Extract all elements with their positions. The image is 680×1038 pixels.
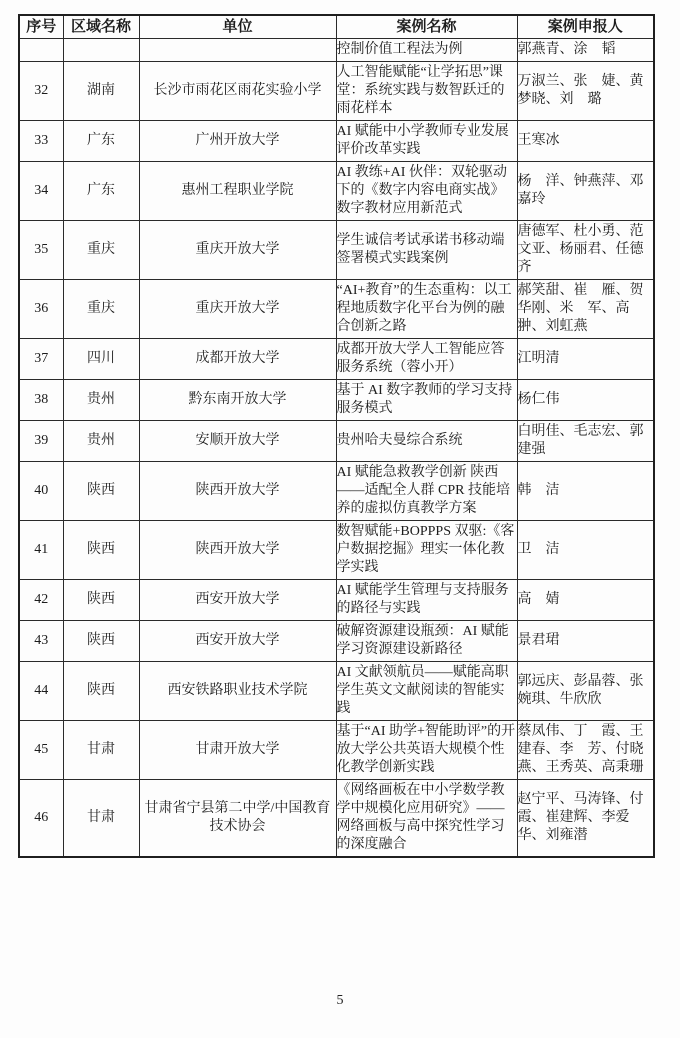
cell-region-name: 广东: [63, 121, 139, 162]
header-unit: 单位: [139, 15, 336, 39]
cell-case-name: 人工智能赋能“让学拓思”课堂：系统实践与数智跃迁的雨花样本: [336, 62, 517, 121]
cell-region-name: 陕西: [63, 462, 139, 521]
cell-case-applicants: 江明清: [517, 339, 654, 380]
cases-table: 序号 区域名称 单位 案例名称 案例申报人 控制价值工程法为例 郭燕青、涂 韬 …: [18, 14, 655, 858]
cell-region-name: 四川: [63, 339, 139, 380]
table-row: 46 甘肃 甘肃省宁县第二中学/中国教育技术协会 《网络画板在中小学数学教学中规…: [19, 780, 654, 858]
cell-case-applicants: 郭燕青、涂 韬: [517, 39, 654, 62]
cell-unit: 陕西开放大学: [139, 521, 336, 580]
table-row: 40 陕西 陕西开放大学 AI 赋能急救教学创新 陕西——适配全人群 CPR 技…: [19, 462, 654, 521]
cell-case-applicants: 杨 洋、钟燕萍、邓嘉玲: [517, 162, 654, 221]
cell-unit: 甘肃开放大学: [139, 721, 336, 780]
header-case-name: 案例名称: [336, 15, 517, 39]
cell-region-name: 甘肃: [63, 721, 139, 780]
cell-case-name: 成都开放大学人工智能应答服务系统（蓉小开）: [336, 339, 517, 380]
cell-unit: 陕西开放大学: [139, 462, 336, 521]
page-number: 5: [0, 993, 680, 1009]
cell-case-name: 基于 AI 数字教师的学习支持服务模式: [336, 380, 517, 421]
table-row: 控制价值工程法为例 郭燕青、涂 韬: [19, 39, 654, 62]
cell-serial-number: 33: [19, 121, 63, 162]
cell-region-name: 重庆: [63, 221, 139, 280]
cell-case-applicants: 白明佳、毛志宏、郭建强: [517, 421, 654, 462]
cell-unit: 惠州工程职业学院: [139, 162, 336, 221]
cell-region-name: 贵州: [63, 380, 139, 421]
cell-serial-number: 41: [19, 521, 63, 580]
cell-case-applicants: 万淑兰、张 婕、黄梦晓、刘 璐: [517, 62, 654, 121]
cell-serial-number: 38: [19, 380, 63, 421]
cell-unit: 广州开放大学: [139, 121, 336, 162]
cell-unit: 成都开放大学: [139, 339, 336, 380]
header-case-applicants: 案例申报人: [517, 15, 654, 39]
table-row: 38 贵州 黔东南开放大学 基于 AI 数字教师的学习支持服务模式 杨仁伟: [19, 380, 654, 421]
cell-unit: 安顺开放大学: [139, 421, 336, 462]
header-region-name: 区域名称: [63, 15, 139, 39]
cell-region-name: 陕西: [63, 621, 139, 662]
table-container: 序号 区域名称 单位 案例名称 案例申报人 控制价值工程法为例 郭燕青、涂 韬 …: [18, 14, 655, 858]
cell-region-name: 陕西: [63, 521, 139, 580]
table-row: 33 广东 广州开放大学 AI 赋能中小学教师专业发展评价改革实践 王寒冰: [19, 121, 654, 162]
cell-case-applicants: 蔡凤伟、丁 霞、王建春、李 芳、付晓燕、王秀英、高秉珊: [517, 721, 654, 780]
cell-case-applicants: 卫 洁: [517, 521, 654, 580]
cell-region-name: 广东: [63, 162, 139, 221]
cell-case-name: 学生诚信考试承诺书移动端签署模式实践案例: [336, 221, 517, 280]
cell-unit: 西安开放大学: [139, 580, 336, 621]
document-page: 序号 区域名称 单位 案例名称 案例申报人 控制价值工程法为例 郭燕青、涂 韬 …: [0, 0, 680, 1038]
cell-unit: [139, 39, 336, 62]
cell-unit: 西安开放大学: [139, 621, 336, 662]
table-row: 44 陕西 西安铁路职业技术学院 AI 文献领航员——赋能高职学生英文文献阅读的…: [19, 662, 654, 721]
cell-serial-number: 35: [19, 221, 63, 280]
cell-case-applicants: 赵宁平、马涛锋、付 霞、崔建辉、李爱华、刘雍潜: [517, 780, 654, 858]
cell-serial-number: 43: [19, 621, 63, 662]
cell-case-name: AI 赋能中小学教师专业发展评价改革实践: [336, 121, 517, 162]
cell-case-name: 控制价值工程法为例: [336, 39, 517, 62]
cell-region-name: 贵州: [63, 421, 139, 462]
cell-unit: 长沙市雨花区雨花实验小学: [139, 62, 336, 121]
cell-case-applicants: 景君珺: [517, 621, 654, 662]
table-row: 42 陕西 西安开放大学 AI 赋能学生管理与支持服务的路径与实践 高 婧: [19, 580, 654, 621]
cell-serial-number: 32: [19, 62, 63, 121]
table-row: 32 湖南 长沙市雨花区雨花实验小学 人工智能赋能“让学拓思”课堂：系统实践与数…: [19, 62, 654, 121]
cell-serial-number: 46: [19, 780, 63, 858]
table-row: 41 陕西 陕西开放大学 数智赋能+BOPPPS 双驱:《客户数据挖掘》理实一体…: [19, 521, 654, 580]
cell-unit: 黔东南开放大学: [139, 380, 336, 421]
cell-serial-number: 44: [19, 662, 63, 721]
cell-unit: 西安铁路职业技术学院: [139, 662, 336, 721]
cell-case-name: 《网络画板在中小学数学教学中规模化应用研究》——网络画板与高中探究性学习的深度融…: [336, 780, 517, 858]
cell-case-applicants: 高 婧: [517, 580, 654, 621]
cell-case-name: AI 赋能学生管理与支持服务的路径与实践: [336, 580, 517, 621]
cell-region-name: 陕西: [63, 662, 139, 721]
table-row: 35 重庆 重庆开放大学 学生诚信考试承诺书移动端签署模式实践案例 唐德军、杜小…: [19, 221, 654, 280]
cell-serial-number: 40: [19, 462, 63, 521]
cell-case-applicants: 郝笑甜、崔 雁、贺华刚、米 军、高 翀、刘虹燕: [517, 280, 654, 339]
cell-serial-number: 45: [19, 721, 63, 780]
cell-case-name: AI 文献领航员——赋能高职学生英文文献阅读的智能实践: [336, 662, 517, 721]
cell-case-name: AI 赋能急救教学创新 陕西——适配全人群 CPR 技能培养的虚拟仿真教学方案: [336, 462, 517, 521]
cell-case-applicants: 唐德军、杜小勇、范文亚、杨丽君、任德齐: [517, 221, 654, 280]
cell-unit: 重庆开放大学: [139, 280, 336, 339]
table-row: 39 贵州 安顺开放大学 贵州哈夫曼综合系统 白明佳、毛志宏、郭建强: [19, 421, 654, 462]
table-row: 45 甘肃 甘肃开放大学 基于“AI 助学+智能助评”的开放大学公共英语大规模个…: [19, 721, 654, 780]
cell-serial-number: 36: [19, 280, 63, 339]
cell-unit: 重庆开放大学: [139, 221, 336, 280]
table-row: 34 广东 惠州工程职业学院 AI 教练+AI 伙伴：双轮驱动下的《数字内容电商…: [19, 162, 654, 221]
cell-case-name: 贵州哈夫曼综合系统: [336, 421, 517, 462]
cell-region-name: 重庆: [63, 280, 139, 339]
cell-region-name: 甘肃: [63, 780, 139, 858]
table-header-row: 序号 区域名称 单位 案例名称 案例申报人: [19, 15, 654, 39]
cell-serial-number: 37: [19, 339, 63, 380]
cell-region-name: 陕西: [63, 580, 139, 621]
cell-case-name: “AI+教育”的生态重构：以工程地质数字化平台为例的融合创新之路: [336, 280, 517, 339]
cell-serial-number: 34: [19, 162, 63, 221]
table-row: 36 重庆 重庆开放大学 “AI+教育”的生态重构：以工程地质数字化平台为例的融…: [19, 280, 654, 339]
cell-serial-number: 42: [19, 580, 63, 621]
cell-unit: 甘肃省宁县第二中学/中国教育技术协会: [139, 780, 336, 858]
cell-serial-number: 39: [19, 421, 63, 462]
cell-case-applicants: 郭远庆、彭晶蓉、张婉琪、牛欣欣: [517, 662, 654, 721]
cell-case-name: 破解资源建设瓶颈：AI 赋能学习资源建设新路径: [336, 621, 517, 662]
cell-case-name: 基于“AI 助学+智能助评”的开放大学公共英语大规模个性化教学创新实践: [336, 721, 517, 780]
cell-case-applicants: 韩 洁: [517, 462, 654, 521]
cell-region-name: 湖南: [63, 62, 139, 121]
cell-case-applicants: 杨仁伟: [517, 380, 654, 421]
cell-case-name: AI 教练+AI 伙伴：双轮驱动下的《数字内容电商实战》数字教材应用新范式: [336, 162, 517, 221]
cell-case-applicants: 王寒冰: [517, 121, 654, 162]
header-serial-number: 序号: [19, 15, 63, 39]
cell-case-name: 数智赋能+BOPPPS 双驱:《客户数据挖掘》理实一体化教学实践: [336, 521, 517, 580]
cell-region-name: [63, 39, 139, 62]
table-row: 37 四川 成都开放大学 成都开放大学人工智能应答服务系统（蓉小开） 江明清: [19, 339, 654, 380]
table-row: 43 陕西 西安开放大学 破解资源建设瓶颈：AI 赋能学习资源建设新路径 景君珺: [19, 621, 654, 662]
cell-serial-number: [19, 39, 63, 62]
